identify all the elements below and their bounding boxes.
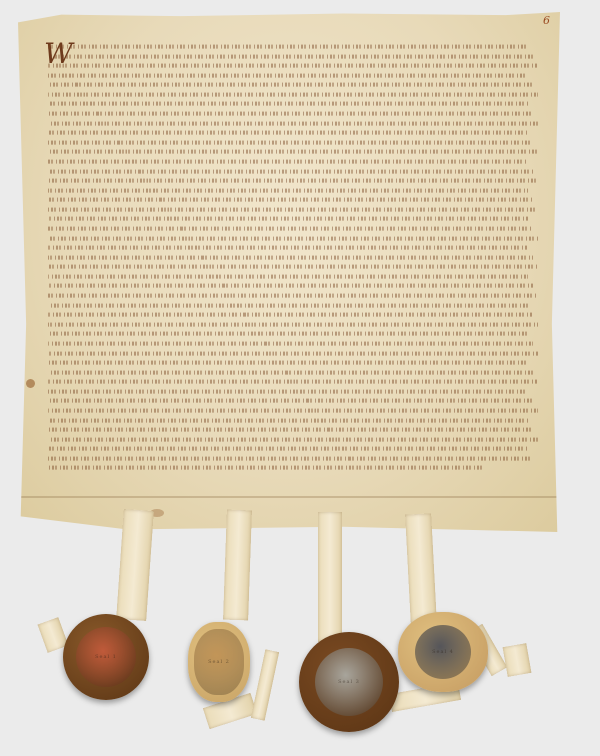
script-line [48,102,528,106]
script-line [48,447,528,451]
seal-label: Seal 3 [338,679,360,685]
script-line [48,92,538,96]
wax-seal-4: Seal 4 [398,612,488,692]
parchment-sheet: 6 W Wir Ruprecht ... von gotes gnaden pf… [18,12,560,532]
plica-fold [18,496,560,498]
script-line [48,150,538,154]
script-line [48,198,533,202]
script-line [48,45,528,49]
script-line [48,121,538,125]
script-line [48,131,528,135]
charter-photo: 6 W Wir Ruprecht ... von gotes gnaden pf… [0,0,600,756]
script-line [48,54,533,58]
script-line [48,389,528,393]
script-line [48,313,533,317]
script-line [48,322,538,326]
ink-stain [26,379,35,388]
script-line [48,437,538,441]
script-line [48,370,533,374]
script-line [48,342,533,346]
script-line [48,188,528,192]
script-line [48,284,533,288]
wax-seal-3: Seal 3 [299,632,399,732]
script-line [48,380,538,384]
script-line [48,255,533,259]
charter-text [48,42,543,492]
script-line [48,265,538,269]
script-line [48,236,538,240]
script-line [48,112,533,116]
script-line [48,179,538,183]
script-line [48,73,528,77]
opening-text: Wir Ruprecht ... von gotes gnaden pfalzg… [18,12,19,13]
seal-label: Seal 2 [208,659,230,665]
script-line [48,64,538,68]
script-line [48,466,484,470]
seal-tag-3 [318,512,342,642]
script-line [48,418,528,422]
script-line [48,140,533,144]
script-line [48,227,533,231]
script-line [48,83,533,87]
script-line [48,409,538,413]
seal-label: Seal 1 [95,654,117,660]
wax-seal-1: Seal 1 [63,614,149,700]
seal-tag-curl [503,643,532,677]
closing-fragment: nu vnd in dem ... jare [18,12,19,13]
script-line [48,160,528,164]
script-line [48,207,538,211]
script-line [48,351,538,355]
seal-tag-4 [405,513,437,624]
script-line [48,332,528,336]
script-line [48,246,528,250]
seal-tag-2 [223,510,252,621]
wax-seal-2: Seal 2 [188,622,250,702]
script-line [48,217,528,221]
script-line [48,361,528,365]
folio-number: 6 [543,14,550,27]
script-line [48,456,533,460]
seal-tag-1 [116,509,154,621]
script-line [48,294,538,298]
seal-label: Seal 4 [432,649,454,655]
script-line [48,169,533,173]
script-line [48,428,533,432]
seal-tag-curl [251,649,279,720]
script-line [48,399,533,403]
script-line [48,303,528,307]
script-line [48,274,528,278]
